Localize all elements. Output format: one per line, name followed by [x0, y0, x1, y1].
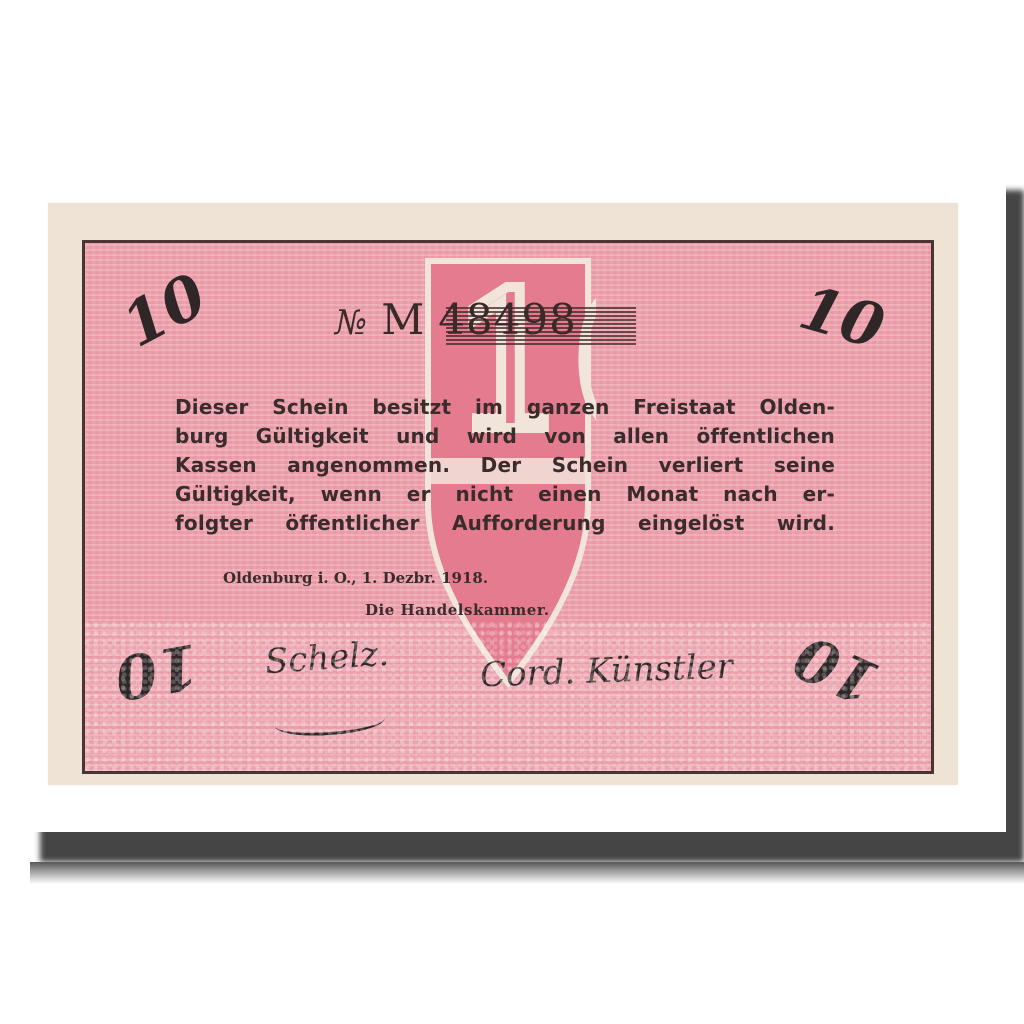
serial-overprint-lines: [446, 305, 636, 345]
place-date: Oldenburg i. O., 1. Dezbr. 1918.: [223, 569, 488, 587]
issuer: Die Handelskammer.: [365, 601, 550, 619]
corner-numeral-top-right: 10: [793, 278, 890, 359]
serial-prefix: №: [335, 303, 367, 343]
card-shadow-fade: [30, 862, 1024, 884]
serial-number: № M 48498: [335, 295, 577, 355]
signature-right: Cord. Künstler: [479, 647, 733, 696]
banknote: 10 № M 48498 Dieser Schein besitzt im ga…: [48, 203, 958, 785]
corner-numeral-bottom-right: 10: [786, 625, 887, 714]
serial-letter: M: [381, 295, 424, 344]
corner-numeral-bottom-left: 10: [110, 634, 203, 708]
validity-line: burg Gültigkeit und wird von allen öffen…: [175, 422, 835, 451]
signature-flourish: [275, 714, 386, 739]
validity-line: Kassen angenommen. Der Schein verliert s…: [175, 451, 835, 480]
validity-text: Dieser Schein besitzt im ganzen Freistaa…: [175, 393, 835, 538]
corner-numeral-top-left: 10: [114, 265, 216, 357]
banknote-pink-panel: 10 № M 48498 Dieser Schein besitzt im ga…: [82, 240, 934, 774]
signature-left: Schelz.: [264, 634, 390, 683]
validity-line: Dieser Schein besitzt im ganzen Freistaa…: [175, 393, 835, 422]
validity-line: Gültigkeit, wenn er nicht einen Monat na…: [175, 480, 835, 509]
validity-line: folgter öffentlicher Aufforderung eingel…: [175, 509, 835, 538]
serial-digits: 48498: [438, 295, 577, 344]
